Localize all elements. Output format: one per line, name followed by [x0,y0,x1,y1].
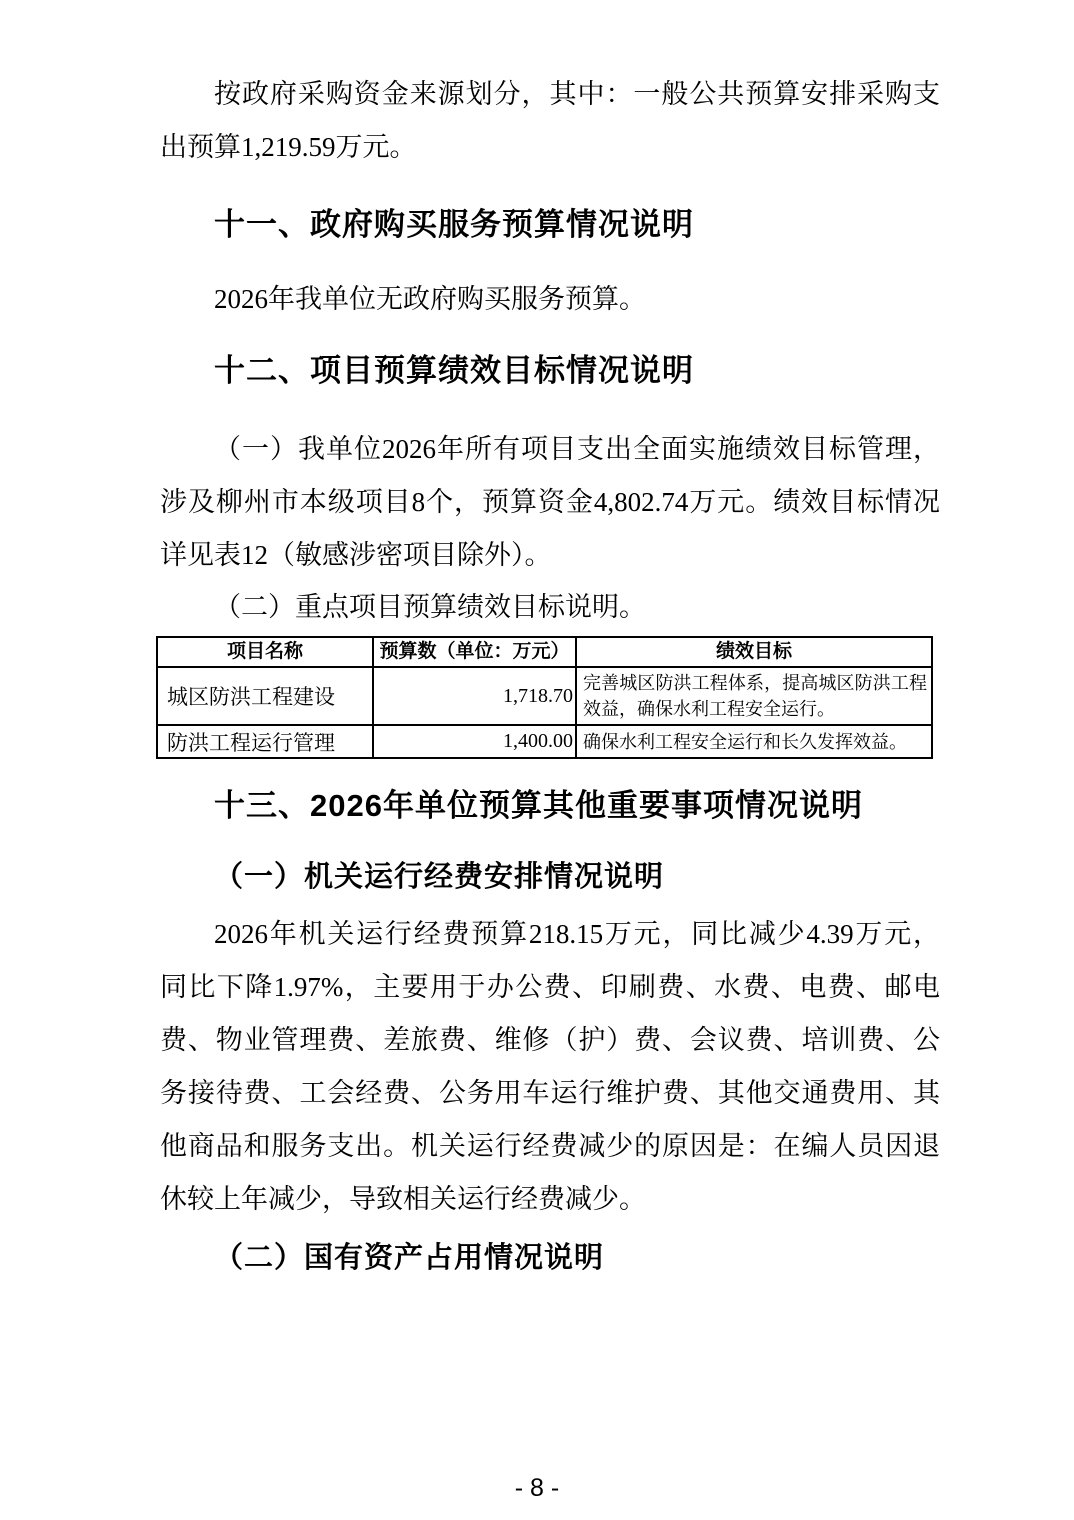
table-cell-budget: 1,718.70 [373,667,576,725]
text-line: 出预算1,219.59万元。 [160,121,940,174]
text-line: 务接待费、工会经费、公务用车运行维护费、其他交通费用、其 [160,1067,940,1120]
text-line: 同比下降1.97%，主要用于办公费、印刷费、水费、电费、邮电 [160,961,940,1014]
table-header-cell: 绩效目标 [576,637,932,667]
table-cell-target: 完善城区防洪工程体系，提高城区防洪工程效益，确保水利工程安全运行。 [576,667,932,725]
section-11-heading: 十一、政府购买服务预算情况说明 [160,205,940,245]
table-row: 防洪工程运行管理1,400.00确保水利工程安全运行和长久发挥效益。 [157,725,932,758]
text-line: 详见表12（敏感涉密项目除外）。 [160,529,940,582]
section-12-heading: 十二、项目预算绩效目标情况说明 [160,351,940,391]
page-number: - 8 - [0,1472,1074,1504]
section-13-sub1-heading: （一）机关运行经费安排情况说明 [160,857,940,897]
text-line: 2026年机关运行经费预算218.15万元，同比减少4.39万元， [160,908,940,961]
table-cell-target: 确保水利工程安全运行和长久发挥效益。 [576,725,932,758]
section-13-sub1-body: 2026年机关运行经费预算218.15万元，同比减少4.39万元，同比下降1.9… [160,908,940,1226]
table-cell-name: 防洪工程运行管理 [157,725,373,758]
performance-target-table: 项目名称预算数（单位：万元）绩效目标 城区防洪工程建设1,718.70完善城区防… [156,636,933,759]
intro-paragraph: 按政府采购资金来源划分，其中：一般公共预算安排采购支出预算1,219.59万元。 [160,68,940,174]
text-line: 他商品和服务支出。机关运行经费减少的原因是：在编人员因退 [160,1120,940,1173]
text-line: （二）重点项目预算绩效目标说明。 [160,581,940,634]
section-12-paragraph-1: （一）我单位2026年所有项目支出全面实施绩效目标管理，涉及柳州市本级项目8个，… [160,423,940,582]
section-11-body: 2026年我单位无政府购买服务预算。 [160,273,940,326]
table-header-cell: 项目名称 [157,637,373,667]
section-13-sub2-heading: （二）国有资产占用情况说明 [160,1238,940,1278]
table-row: 城区防洪工程建设1,718.70完善城区防洪工程体系，提高城区防洪工程效益，确保… [157,667,932,725]
text-line: （一）我单位2026年所有项目支出全面实施绩效目标管理， [160,423,940,476]
text-line: 涉及柳州市本级项目8个，预算资金4,802.74万元。绩效目标情况 [160,476,940,529]
table-cell-name: 城区防洪工程建设 [157,667,373,725]
text-line: 按政府采购资金来源划分，其中：一般公共预算安排采购支 [160,68,940,121]
table-header-row: 项目名称预算数（单位：万元）绩效目标 [157,637,932,667]
document-page: 按政府采购资金来源划分，其中：一般公共预算安排采购支出预算1,219.59万元。… [0,0,1074,1520]
text-line: 2026年我单位无政府购买服务预算。 [160,273,940,326]
text-line: 费、物业管理费、差旅费、维修（护）费、会议费、培训费、公 [160,1014,940,1067]
section-13-heading: 十三、2026年单位预算其他重要事项情况说明 [160,786,940,826]
table-cell-budget: 1,400.00 [373,725,576,758]
text-line: 休较上年减少，导致相关运行经费减少。 [160,1173,940,1226]
table-header-cell: 预算数（单位：万元） [373,637,576,667]
section-12-paragraph-2: （二）重点项目预算绩效目标说明。 [160,581,940,634]
